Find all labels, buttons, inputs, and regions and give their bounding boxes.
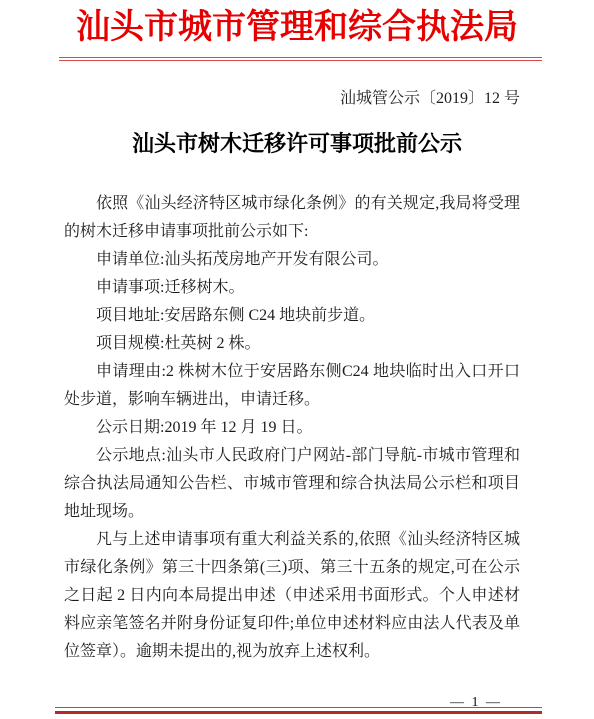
paragraph-scale: 项目规模:杜英树 2 株。 — [64, 330, 520, 358]
paragraph-intro: 依照《汕头经济特区城市绿化条例》的有关规定,我局将受理的树木迁移申请事项批前公示… — [64, 190, 520, 246]
document-reference-number: 汕城管公示〔2019〕12 号 — [64, 88, 520, 110]
paragraph-address: 项目地址:安居路东侧 C24 地块前步道。 — [64, 302, 520, 330]
paragraph-date: 公示日期:2019 年 12 月 19 日。 — [64, 414, 520, 442]
document-page: 汕头市城市管理和综合执法局 汕城管公示〔2019〕12 号 汕头市树木迁移许可事… — [0, 0, 594, 719]
page-number: — 1 — — [436, 695, 516, 711]
paragraph-applicant: 申请单位:汕头拓茂房地产开发有限公司。 — [64, 246, 520, 274]
notice-body: 依照《汕头经济特区城市绿化条例》的有关规定,我局将受理的树木迁移申请事项批前公示… — [64, 190, 520, 666]
paragraph-objections: 凡与上述申请事项有重大利益关系的,依照《汕头经济特区城市绿化条例》第三十四条第(… — [64, 526, 520, 666]
agency-name-header: 汕头市城市管理和综合执法局 — [0, 6, 594, 50]
notice-title: 汕头市树木迁移许可事项批前公示 — [0, 127, 594, 158]
footer-rule-thick — [55, 711, 542, 714]
header-double-rule — [59, 57, 542, 61]
paragraph-locations: 公示地点:汕头市人民政府门户网站-部门导航-市城市管理和综合执法局通知公告栏、市… — [64, 442, 520, 526]
paragraph-reason: 申请理由:2 株树木位于安居路东侧C24 地块临时出入口开口处步道，影响车辆进出… — [64, 358, 520, 414]
paragraph-matter: 申请事项:迁移树木。 — [64, 274, 520, 302]
